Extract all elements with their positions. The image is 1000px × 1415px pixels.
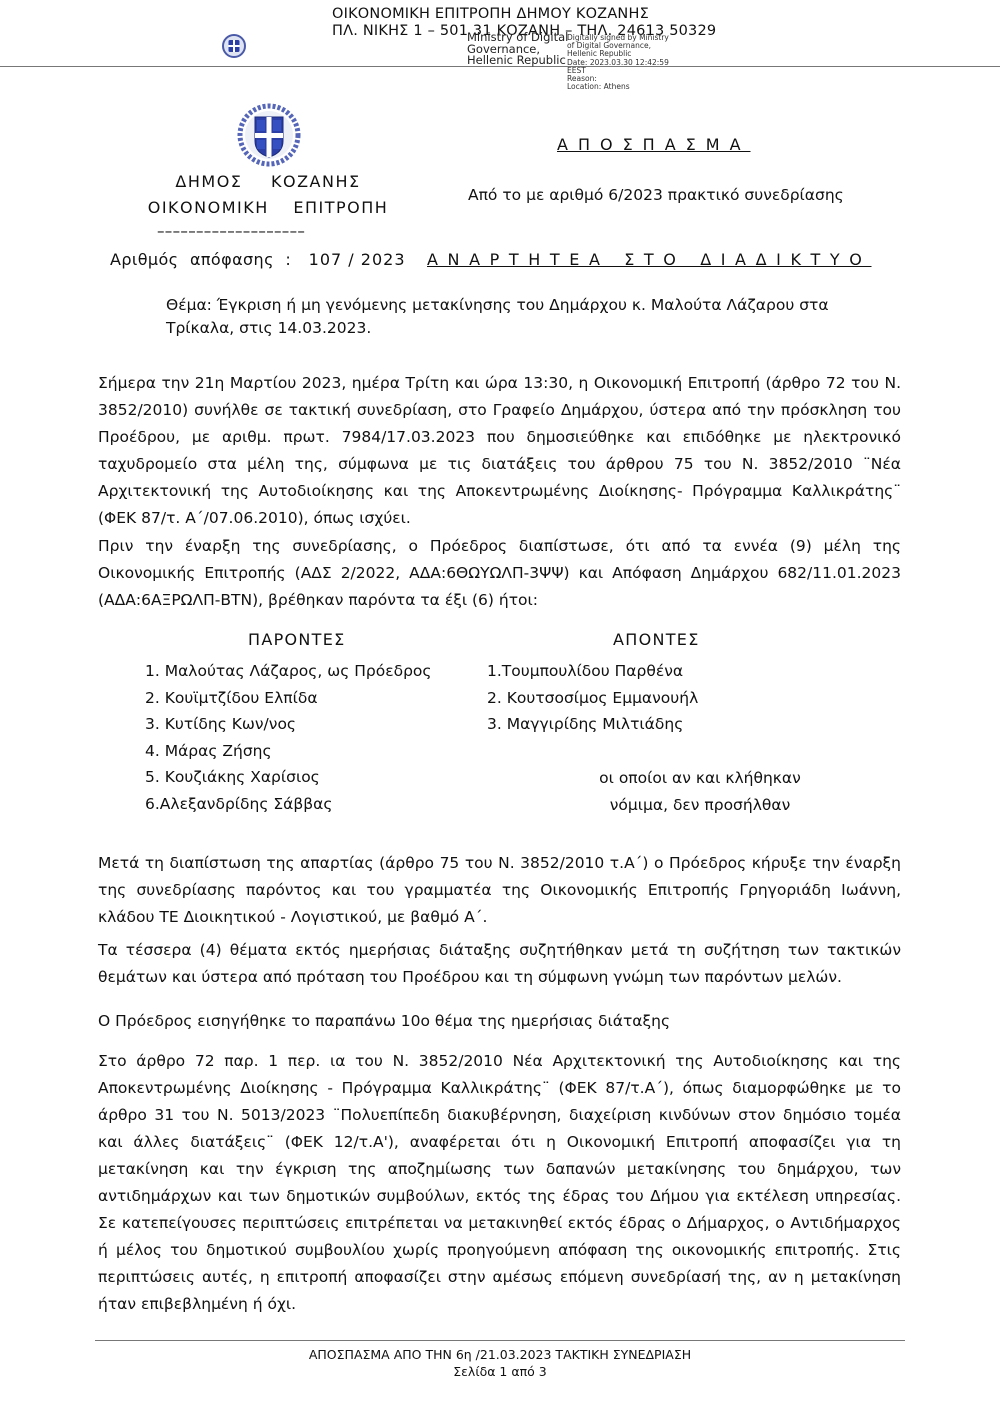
subject: Θέμα: Έγκριση ή μη γενόμενης μετακίνησης… <box>166 294 901 340</box>
subject-line-1: Θέμα: Έγκριση ή μη γενόμενης μετακίνησης… <box>166 294 901 317</box>
list-item: 6.Αλεξανδρίδης Σάββας <box>145 791 432 818</box>
list-item: 2. Κουϊμτζίδου Ελπίδα <box>145 685 432 712</box>
footer-divider <box>95 1340 905 1341</box>
paragraph-session-opening: Μετά τη διαπίστωση της απαρτίας (άρθρο 7… <box>98 850 901 931</box>
committee-name: ΟΙΚΟΝΟΜΙΚΗ ΕΠΙΤΡΟΠΗ <box>108 198 428 217</box>
present-heading: ΠΑΡΟΝΤΕΣ <box>248 630 346 649</box>
absent-heading: ΑΠΟΝΤΕΣ <box>613 630 700 649</box>
page-number: Σελίδα 1 από 3 <box>0 1364 1000 1379</box>
paragraph-rapporteur: Ο Πρόεδρος εισηγήθηκε το παραπάνω 10ο θέ… <box>98 1008 901 1035</box>
subject-line-2: Τρίκαλα, στις 14.03.2023. <box>166 317 901 340</box>
municipality-name: ΔΗΜΟΣ ΚΟΖΑΝΗΣ <box>108 172 428 191</box>
decision-number: 107 / 2023 <box>309 250 406 269</box>
absent-note: οι οποίοι αν και κλήθηκαν νόμιμα, δεν πρ… <box>560 765 840 818</box>
decision-line: Αριθμός απόφασης : 107 / 2023 ΑΝΑΡΤΗΤΕΑ … <box>110 250 872 269</box>
absent-members-list: 1.Τουμπουλίδου Παρθένα 2. Κουτσοσίμος Εμ… <box>487 658 698 738</box>
decision-label: Αριθμός απόφασης : <box>110 250 291 269</box>
list-item: 2. Κουτσοσίμος Εμμανουήλ <box>487 685 698 712</box>
list-item: 4. Μάρας Ζήσης <box>145 738 432 765</box>
posting-notice: ΑΝΑΡΤΗΤΕΑ ΣΤΟ ΔΙΑΔΙΚΤΥΟ <box>427 250 872 269</box>
dash-separator: ––––––––––––––––––– <box>157 222 305 240</box>
digital-signature-details: Digitally signed by Ministry of Digital … <box>567 34 669 91</box>
list-item: 5. Κουζιάκης Χαρίσιος <box>145 764 432 791</box>
coat-of-arms-icon <box>237 103 301 167</box>
list-item: 3. Μαγγιρίδης Μιλτιάδης <box>487 711 698 738</box>
list-item: 3. Κυτίδης Κων/νος <box>145 711 432 738</box>
header-title: ΟΙΚΟΝΟΜΙΚΗ ΕΠΙΤΡΟΠΗ ΔΗΜΟΥ ΚΟΖΑΝΗΣ <box>332 6 649 22</box>
list-item: 1.Τουμπουλίδου Παρθένα <box>487 658 698 685</box>
excerpt-title: ΑΠΟΣΠΑΣΜΑ <box>557 135 751 154</box>
coat-of-arms-icon <box>222 34 246 58</box>
paragraph-extra-topics: Τα τέσσερα (4) θέματα εκτός ημερήσιας δι… <box>98 937 901 991</box>
paragraph-quorum-check: Πριν την έναρξη της συνεδρίασης, ο Πρόεδ… <box>98 533 901 614</box>
list-item: 1. Μαλούτας Λάζαρος, ως Πρόεδρος <box>145 658 432 685</box>
paragraph-legal-basis: Στο άρθρο 72 παρ. 1 περ. ια του Ν. 3852/… <box>98 1048 901 1318</box>
footer-title: ΑΠΟΣΠΑΣΜΑ ΑΠΟ ΤΗΝ 6η /21.03.2023 ΤΑΚΤΙΚΗ… <box>0 1347 1000 1362</box>
digital-signature-signer: Ministry of Digital Governance, Hellenic… <box>467 32 568 67</box>
present-members-list: 1. Μαλούτας Λάζαρος, ως Πρόεδρος 2. Κουϊ… <box>145 658 432 817</box>
record-reference: Από το με αριθμό 6/2023 πρακτικό συνεδρί… <box>468 186 844 204</box>
paragraph-session-convened: Σήμερα την 21η Μαρτίου 2023, ημέρα Τρίτη… <box>98 370 901 532</box>
